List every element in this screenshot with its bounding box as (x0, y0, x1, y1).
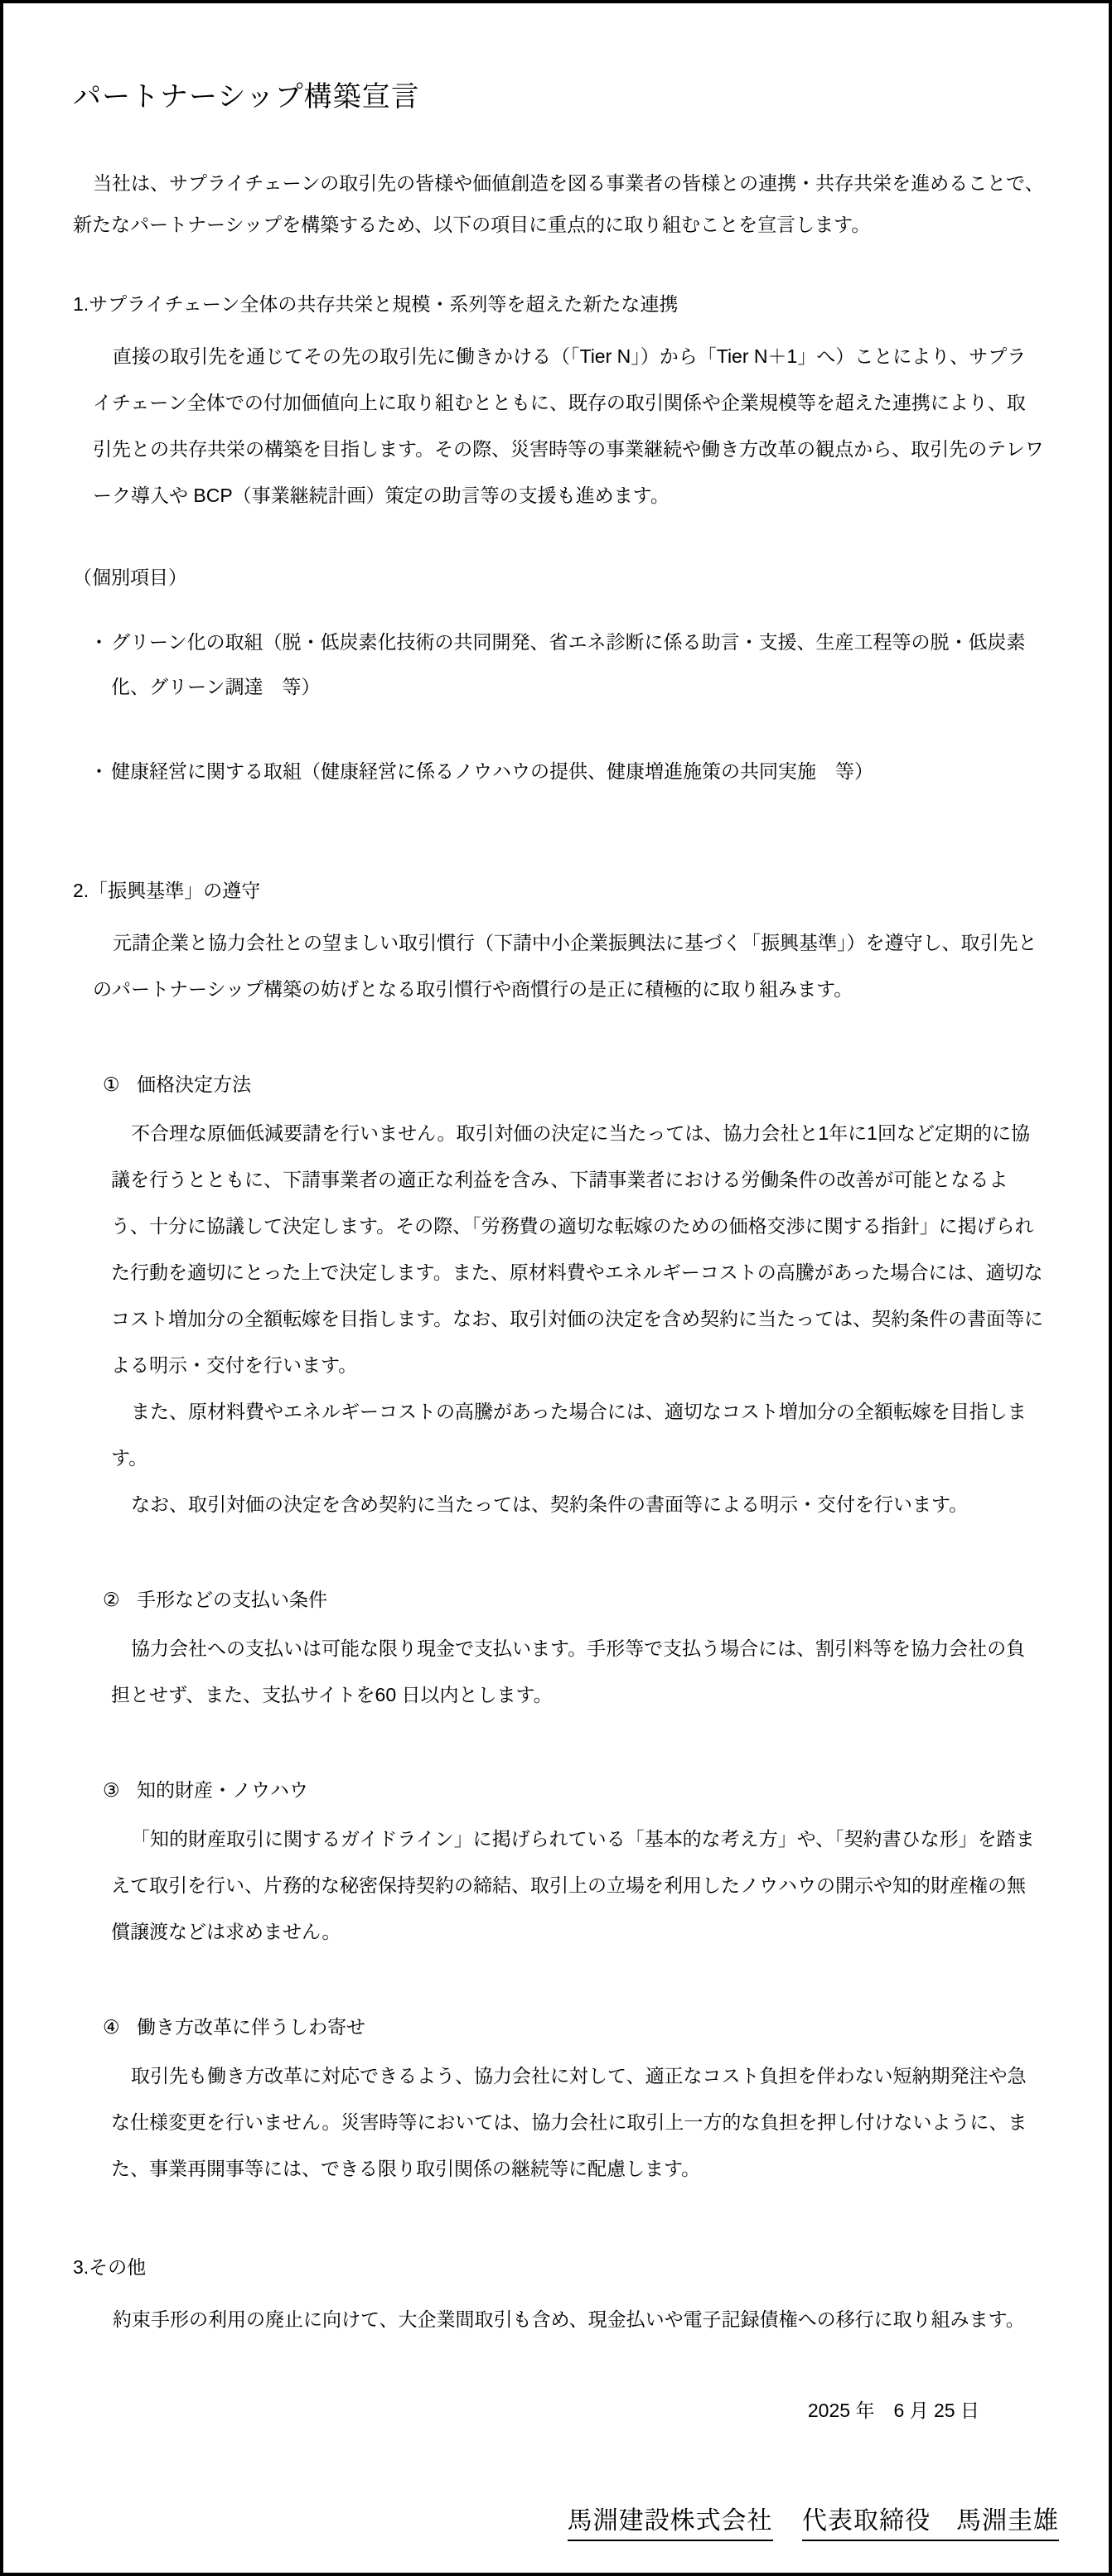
clause-item-payment-terms: ② 手形などの支払い条件 協力会社への支払いは可能な限り現金で支払います。手形等… (103, 1579, 1044, 1718)
clause-1-paragraph: 不合理な原価低減要請を行いません。取引対価の決定に当たっては、協力会社と1年に1… (111, 1110, 1044, 1388)
clause-1-heading: ① 価格決定方法 (103, 1064, 1044, 1105)
clause-item-intellectual-property: ③ 知的財産・ノウハウ 「知的財産取引に関するガイドライン」に掲げられている「基… (103, 1769, 1044, 1955)
list-item-text: 健康経営に関する取組（健康経営に係るノウハウの提供、健康増進施策の共同実施 等） (111, 749, 1044, 794)
clause-4-heading: ④ 働き方改革に伴うしわ寄せ (103, 2006, 1044, 2048)
clause-1-paragraph: なお、取引対価の決定を含め契約に当たっては、契約条件の書面等による明示・交付を行… (111, 1481, 1044, 1527)
clause-4-number: ④ (103, 2016, 120, 2038)
section-3-body: 約束手形の利用の廃止に向けて、大企業間取引も含め、現金払いや電子記録債権への移行… (93, 2296, 1044, 2342)
section-1-body: 直接の取引先を通じてその先の取引先に働きかける（「Tier N」）から「Tier… (93, 333, 1044, 519)
clause-1-title: 価格決定方法 (137, 1073, 251, 1095)
individual-items-list: ・ グリーン化の取組（脱・低炭素化技術の共同開発、省エネ診断に係る助言・支援、生… (89, 620, 1044, 794)
section-2-body: 元請企業と協力会社との望ましい取引慣行（下請中小企業振興法に基づく「振興基準」）… (93, 919, 1044, 1012)
list-item: ・ 健康経営に関する取組（健康経営に係るノウハウの提供、健康増進施策の共同実施 … (89, 749, 1044, 794)
list-item-text: グリーン化の取組（脱・低炭素化技術の共同開発、省エネ診断に係る助言・支援、生産工… (111, 620, 1044, 709)
date: 2025 年 6 月 25 日 (73, 2394, 1044, 2427)
clause-4-title: 働き方改革に伴うしわ寄せ (137, 2016, 365, 2038)
clause-2-paragraph: 協力会社への支払いは可能な限り現金で支払います。手形等で支払う場合には、割引料等… (111, 1625, 1044, 1718)
intro-paragraph: 当社は、サプライチェーンの取引先の皆様や価値創造を図る事業者の皆様との連携・共存… (73, 162, 1044, 245)
section-3-heading: 3.その他 (73, 2246, 1044, 2288)
clause-3-heading: ③ 知的財産・ノウハウ (103, 1769, 1044, 1811)
signature-representative: 代表取締役 馬淵圭雄 (802, 2507, 1059, 2541)
list-item: ・ グリーン化の取組（脱・低炭素化技術の共同開発、省エネ診断に係る助言・支援、生… (89, 620, 1044, 709)
individual-items-label: （個別項目） (73, 557, 1044, 598)
signature-company: 馬淵建設株式会社 (568, 2507, 773, 2541)
clause-1-number: ① (103, 1073, 120, 1095)
bullet-icon: ・ (89, 620, 111, 664)
clause-4-paragraph: 取引先も働き方改革に対応できるよう、協力会社に対して、適正なコスト負担を伴わない… (111, 2053, 1044, 2192)
clause-2-number: ② (103, 1589, 120, 1610)
clause-3-title: 知的財産・ノウハウ (137, 1779, 308, 1801)
section-other: 3.その他 約束手形の利用の廃止に向けて、大企業間取引も含め、現金払いや電子記録… (73, 2246, 1044, 2342)
clause-2-heading: ② 手形などの支払い条件 (103, 1579, 1044, 1620)
bullet-icon: ・ (89, 749, 111, 794)
signature: 馬淵建設株式会社 代表取締役 馬淵圭雄 (73, 2503, 1059, 2540)
clause-item-pricing: ① 価格決定方法 不合理な原価低減要請を行いません。取引対価の決定に当たっては、… (103, 1064, 1044, 1527)
section-1-heading: 1.サプライチェーン全体の共存共栄と規模・系列等を超えた新たな連携 (73, 283, 1044, 325)
clause-3-paragraph: 「知的財産取引に関するガイドライン」に掲げられている「基本的な考え方」や、「契約… (111, 1816, 1044, 1955)
document-page: パートナーシップ構築宣言 当社は、サプライチェーンの取引先の皆様や価値創造を図る… (0, 0, 1112, 2576)
section-shinko-kijun: 2.「振興基準」の遵守 元請企業と協力会社との望ましい取引慣行（下請中小企業振興… (73, 870, 1044, 2192)
page-title: パートナーシップ構築宣言 (73, 78, 1044, 116)
clause-1-paragraph: また、原材料費やエネルギーコストの高騰があった場合には、適切なコスト増加分の全額… (111, 1388, 1044, 1481)
clause-2-title: 手形などの支払い条件 (137, 1589, 327, 1610)
clause-3-number: ③ (103, 1779, 120, 1801)
section-supply-chain: 1.サプライチェーン全体の共存共栄と規模・系列等を超えた新たな連携 直接の取引先… (73, 283, 1044, 519)
section-2-heading: 2.「振興基準」の遵守 (73, 870, 1044, 911)
clause-item-work-style-reform: ④ 働き方改革に伴うしわ寄せ 取引先も働き方改革に対応できるよう、協力会社に対し… (103, 2006, 1044, 2192)
